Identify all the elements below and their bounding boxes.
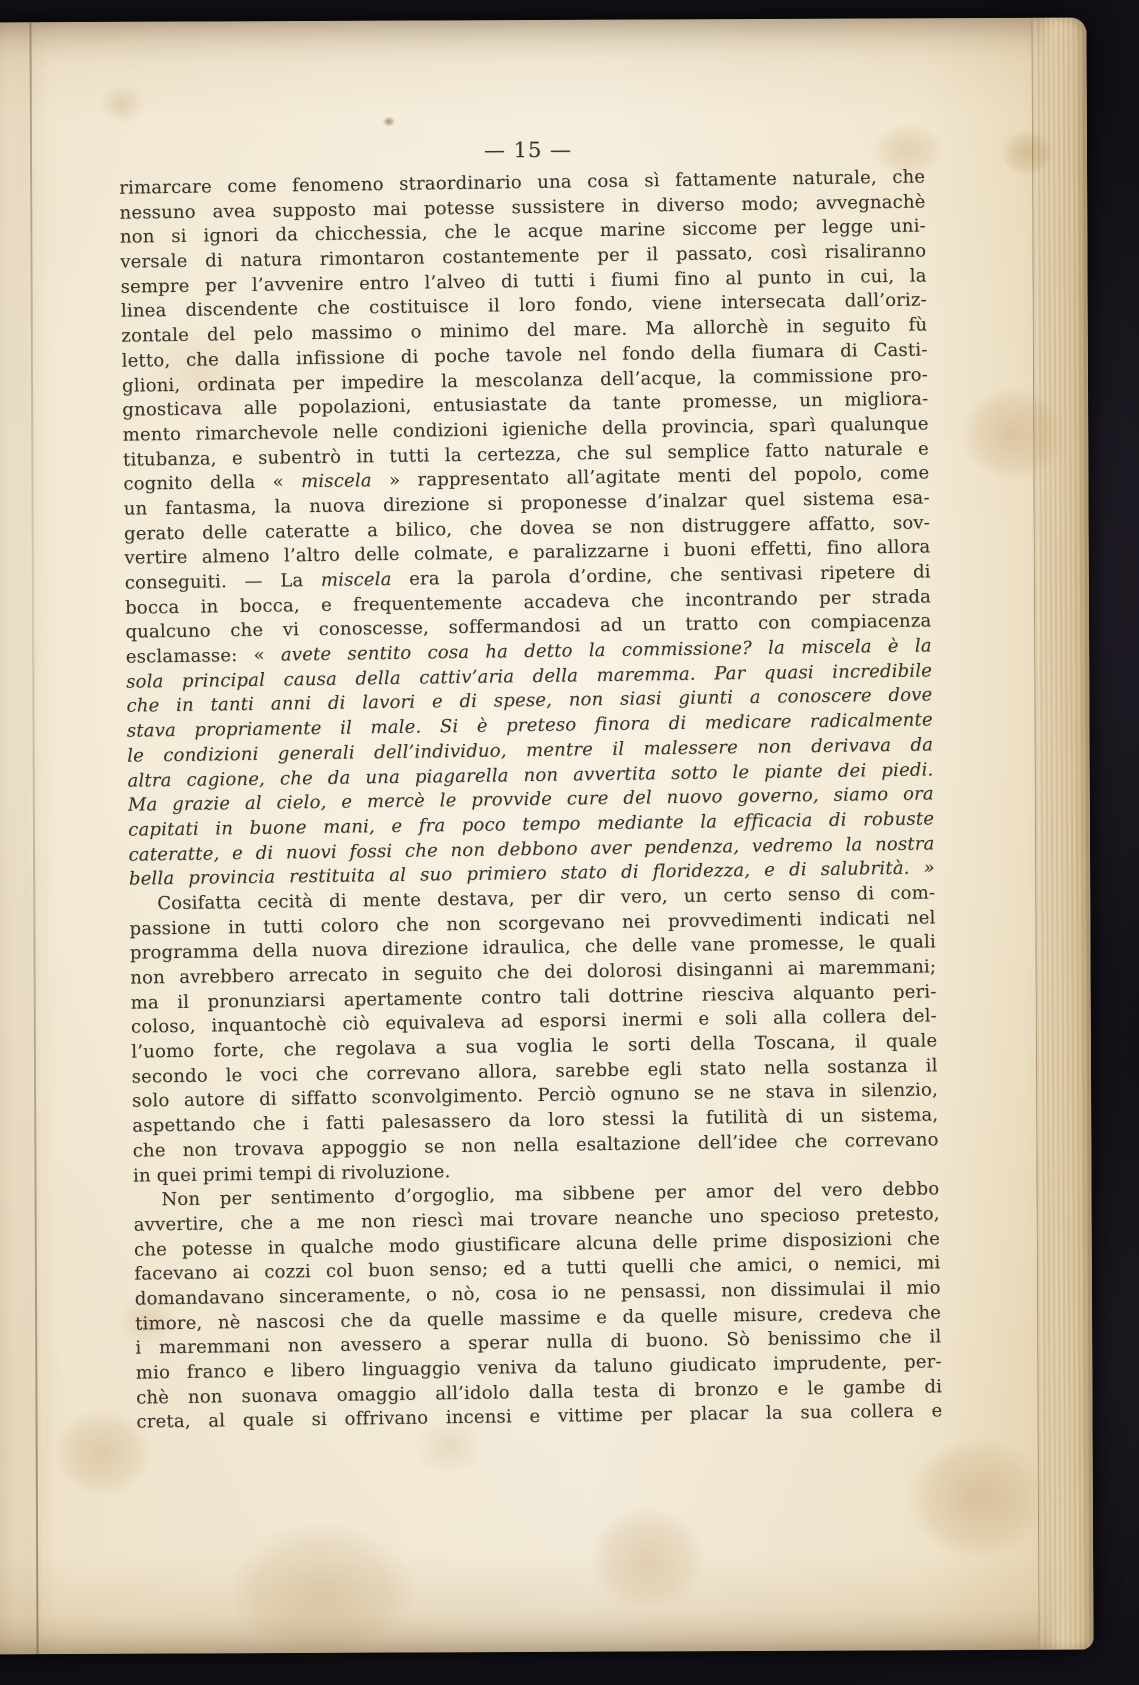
page-fore-edge <box>1031 18 1093 1650</box>
page-number: — 15 — <box>125 136 931 164</box>
stain <box>589 1507 705 1608</box>
stain <box>227 1521 418 1662</box>
gutter-crease <box>29 22 38 1654</box>
scan-background: { "page": { "number_label": "— 15 —", "l… <box>0 0 1139 1685</box>
text-block: rimarcare come fenomeno straordinario un… <box>119 165 943 1435</box>
stain <box>383 117 395 127</box>
book-page: — 15 — rimarcare come fenomeno straordin… <box>0 18 1094 1655</box>
stain <box>907 1438 1048 1559</box>
stain <box>99 84 145 124</box>
